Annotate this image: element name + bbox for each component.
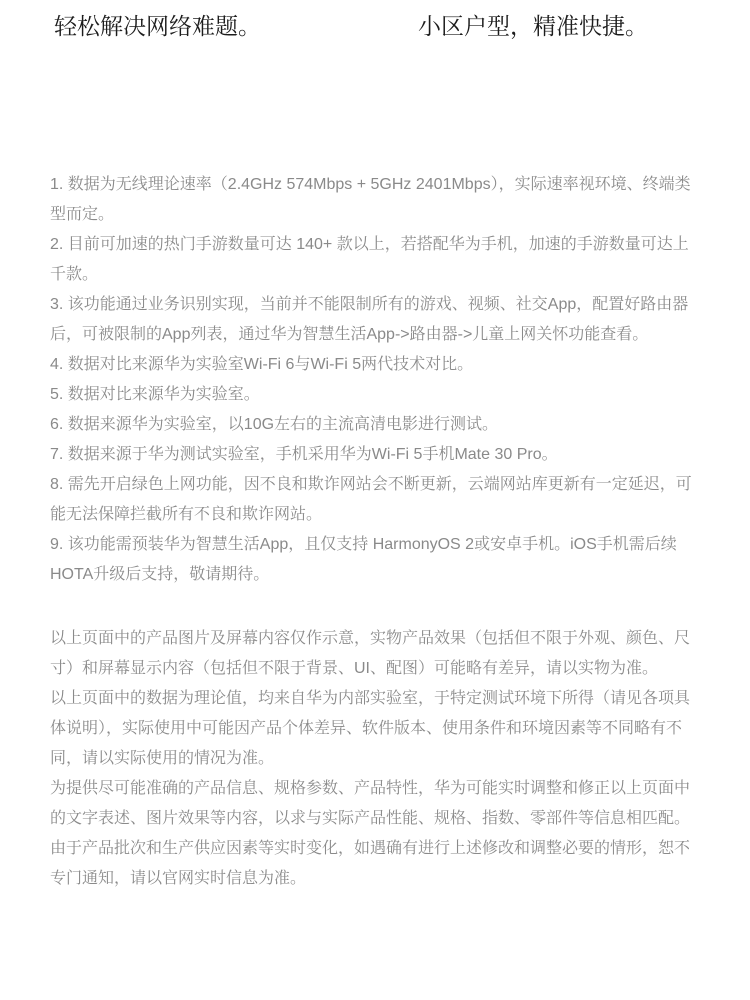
footnote-item: 1. 数据为无线理论速率（2.4GHz 574Mbps + 5GHz 2401M… <box>50 170 702 230</box>
footnotes-block: 1. 数据为无线理论速率（2.4GHz 574Mbps + 5GHz 2401M… <box>50 170 702 590</box>
disclaimer-paragraph: 以上页面中的产品图片及屏幕内容仅作示意，实物产品效果（包括但不限于外观、颜色、尺… <box>50 624 702 684</box>
footnote-item: 6. 数据来源华为实验室，以10G左右的主流高清电影进行测试。 <box>50 410 702 440</box>
footnote-item: 3. 该功能通过业务识别实现，当前并不能限制所有的游戏、视频、社交App，配置好… <box>50 290 702 350</box>
product-disclaimer-page: 轻松解决网络难题。 小区户型，精准快捷。 1. 数据为无线理论速率（2.4GHz… <box>0 0 750 1000</box>
section-title-left: 轻松解决网络难题。 <box>54 12 261 40</box>
footnote-item: 4. 数据对比来源华为实验室Wi-Fi 6与Wi-Fi 5两代技术对比。 <box>50 350 702 380</box>
disclaimers-block: 以上页面中的产品图片及屏幕内容仅作示意，实物产品效果（包括但不限于外观、颜色、尺… <box>50 624 702 894</box>
footnote-item: 5. 数据对比来源华为实验室。 <box>50 380 702 410</box>
footnote-item: 9. 该功能需预装华为智慧生活App，且仅支持 HarmonyOS 2或安卓手机… <box>50 530 702 590</box>
section-title-right: 小区户型，精准快捷。 <box>418 12 648 40</box>
footnote-item: 7. 数据来源于华为测试实验室，手机采用华为Wi-Fi 5手机Mate 30 P… <box>50 440 702 470</box>
footnote-item: 8. 需先开启绿色上网功能，因不良和欺诈网站会不断更新，云端网站库更新有一定延迟… <box>50 470 702 530</box>
footnote-item: 2. 目前可加速的热门手游数量可达 140+ 款以上，若搭配华为手机，加速的手游… <box>50 230 702 290</box>
disclaimer-paragraph: 以上页面中的数据为理论值，均来自华为内部实验室，于特定测试环境下所得（请见各项具… <box>50 684 702 774</box>
disclaimer-paragraph: 为提供尽可能准确的产品信息、规格参数、产品特性，华为可能实时调整和修正以上页面中… <box>50 774 702 894</box>
